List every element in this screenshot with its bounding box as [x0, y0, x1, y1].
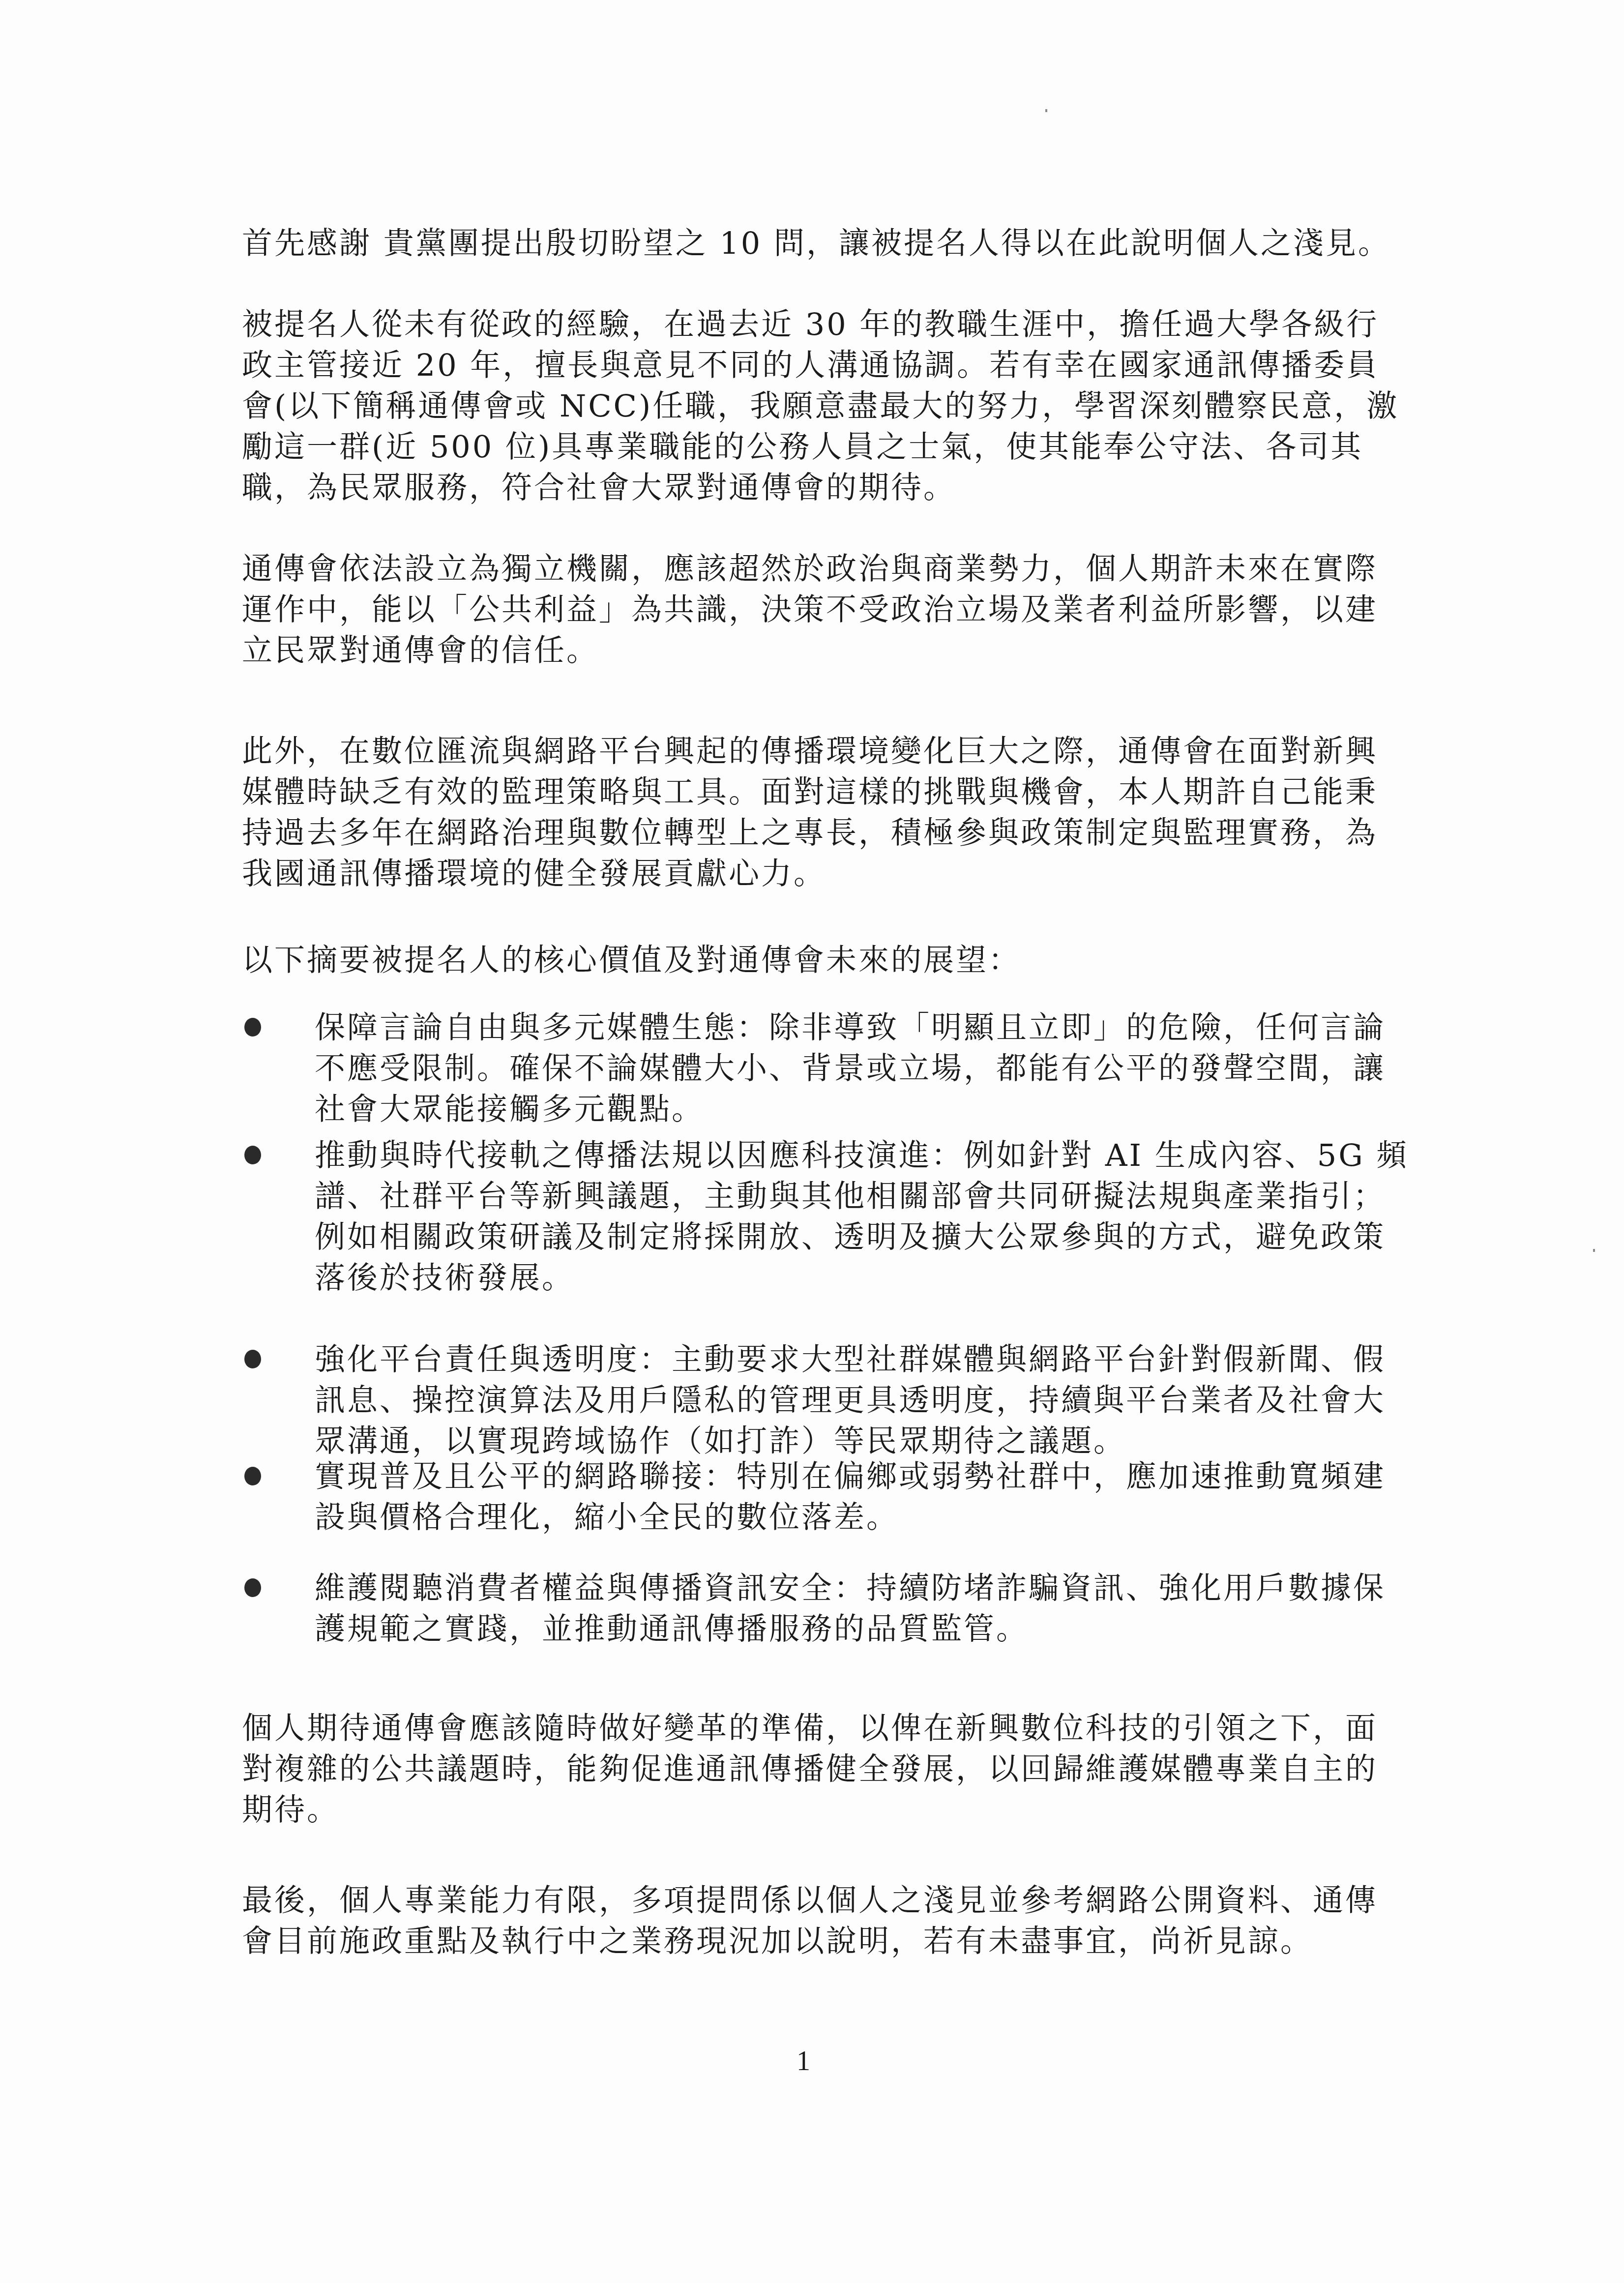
background-line: 勵這一群(近 500 位)具專業職能的公務人員之士氣，使其能奉公守法、各司其 — [242, 427, 1348, 467]
digital-convergence-line: 媒體時缺乏有效的監理策略與工具。面對這樣的挑戰與機會，本人期許自己能秉 — [242, 772, 1348, 812]
digital-convergence-line: 此外，在數位匯流與網路平台興起的傳播環境變化巨大之際，通傳會在面對新興 — [242, 732, 1348, 771]
bullet-line: 設與價格合理化，縮小全民的數位落差。 — [315, 1498, 1349, 1537]
bullet-dot-icon — [244, 1018, 261, 1037]
bullet-dot-icon — [244, 1578, 261, 1597]
bullet-line: 訊息、操控演算法及用戶隱私的管理更具透明度，持續與平台業者及社會大 — [315, 1381, 1349, 1420]
independence-line: 通傳會依法設立為獨立機關，應該超然於政治與商業勢力，個人期許未來在實際 — [242, 549, 1348, 589]
final-remark-line: 會目前施政重點及執行中之業務現況加以說明，若有未盡事宜，尚祈見諒。 — [242, 1922, 1348, 1961]
bullet-line: 保障言論自由與多元媒體生態：除非導致「明顯且立即」的危險，任何言論 — [315, 1008, 1349, 1047]
closing-line: 對複雜的公共議題時，能夠促進通訊傳播健全發展，以回歸維護媒體專業自主的 — [242, 1749, 1348, 1789]
closing-line: 個人期待通傳會應該隨時做好變革的準備，以俾在新興數位科技的引領之下，面 — [242, 1709, 1348, 1748]
intro-line: 首先感謝 貴黨團提出殷切盼望之 10 問，讓被提名人得以在此說明個人之淺見。 — [242, 224, 1348, 263]
background-line: 被提名人從未有從政的經驗，在過去近 30 年的教職生涯中，擔任過大學各級行 — [242, 305, 1348, 344]
independence-line: 運作中，能以「公共利益」為共識，決策不受政治立場及業者利益所影響，以建 — [242, 590, 1348, 629]
bullet-line: 社會大眾能接觸多元觀點。 — [315, 1090, 1349, 1129]
bullet-line: 例如相關政策研議及制定將採開放、透明及擴大公眾參與的方式，避免政策 — [315, 1217, 1349, 1257]
bullet-dot-icon — [244, 1350, 261, 1368]
bullet-line: 不應受限制。確保不論媒體大小、背景或立場，都能有公平的發聲空間，讓 — [315, 1049, 1349, 1088]
document-page: 首先感謝 貴黨團提出殷切盼望之 10 問，讓被提名人得以在此說明個人之淺見。 被… — [0, 0, 1624, 2283]
bullet-line: 維護閱聽消費者權益與傳播資訊安全：持續防堵詐騙資訊、強化用戶數據保 — [315, 1569, 1349, 1608]
digital-convergence-line: 持過去多年在網路治理與數位轉型上之專長，積極參與政策制定與監理實務，為 — [242, 813, 1348, 853]
independence-line: 立民眾對通傳會的信任。 — [242, 631, 1348, 670]
bullet-line: 落後於技術發展。 — [315, 1258, 1349, 1298]
background-line: 政主管接近 20 年，擅長與意見不同的人溝通協調。若有幸在國家通訊傳播委員 — [242, 346, 1348, 385]
page-number: 1 — [797, 2046, 810, 2077]
summary-intro-line: 以下摘要被提名人的核心價值及對通傳會未來的展望： — [242, 941, 1348, 980]
scan-speck — [1045, 109, 1047, 112]
bullet-dot-icon — [244, 1467, 261, 1485]
bullet-line: 強化平台責任與透明度：主動要求大型社群媒體與網路平台針對假新聞、假 — [315, 1340, 1349, 1379]
bullet-line: 推動與時代接軌之傳播法規以因應科技演進：例如針對 AI 生成內容、5G 頻 — [315, 1136, 1349, 1175]
closing-line: 期待。 — [242, 1790, 1348, 1830]
scan-speck — [1593, 1249, 1595, 1252]
background-line: 職，為民眾服務，符合社會大眾對通傳會的期待。 — [242, 468, 1348, 507]
digital-convergence-line: 我國通訊傳播環境的健全發展貢獻心力。 — [242, 854, 1348, 893]
bullet-line: 護規範之實踐，並推動通訊傳播服務的品質監管。 — [315, 1609, 1349, 1649]
background-line: 會(以下簡稱通傳會或 NCC)任職，我願意盡最大的努力，學習深刻體察民意，激 — [242, 386, 1348, 426]
bullet-dot-icon — [244, 1146, 261, 1164]
bullet-line: 實現普及且公平的網路聯接：特別在偏鄉或弱勢社群中，應加速推動寬頻建 — [315, 1457, 1349, 1496]
bullet-line: 眾溝通，以實現跨域協作（如打詐）等民眾期待之議題。 — [315, 1422, 1349, 1461]
bullet-line: 譜、社群平台等新興議題，主動與其他相關部會共同研擬法規與產業指引； — [315, 1177, 1349, 1216]
final-remark-line: 最後，個人專業能力有限，多項提問係以個人之淺見並參考網路公開資料、通傳 — [242, 1881, 1348, 1920]
